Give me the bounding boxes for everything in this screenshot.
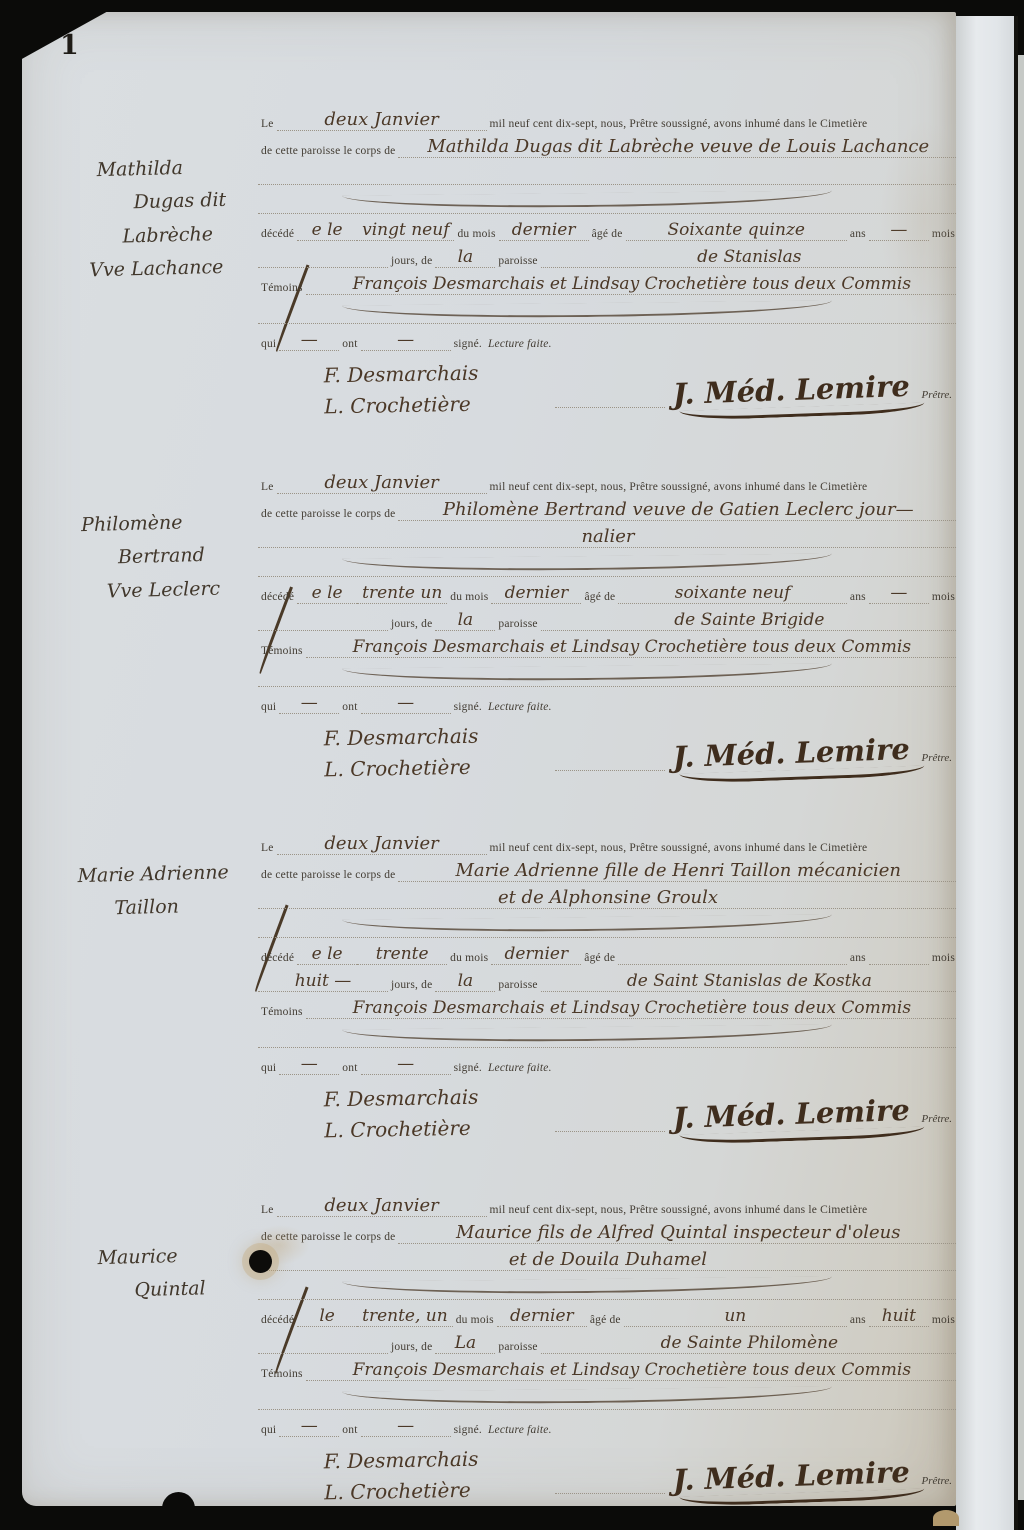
printed-paroisse: paroisse: [495, 618, 540, 631]
pen-dash: —: [361, 1418, 451, 1437]
signature-formula-line: qui — ont — signé. Lecture faite.: [258, 1048, 958, 1075]
date-line: Le deux Janvier mil neuf cent dix-sept, …: [258, 104, 958, 131]
pen-dash: —: [279, 1056, 339, 1075]
death-date-age-line: décédé e le trente du mois dernier âgé d…: [258, 938, 958, 965]
handwritten-witnesses: François Desmarchais et Lindsay Crocheti…: [306, 1362, 958, 1381]
printed-formula: mil neuf cent dix-sept, nous, Prêtre sou…: [487, 118, 871, 131]
death-date-age-line: décédé le trente, un du mois dernier âgé…: [258, 1300, 958, 1327]
page-edge-sliver: [1018, 55, 1024, 1500]
handwritten-witnesses: François Desmarchais et Lindsay Crocheti…: [306, 1000, 958, 1019]
handwritten-death-month: dernier: [497, 1308, 587, 1327]
pen-strike: [342, 663, 832, 682]
printed-paroisse: paroisse: [495, 979, 540, 992]
handwritten-age-days: [258, 630, 388, 631]
blank-ruled-line: [258, 909, 958, 938]
printed-age-de: âgé de: [587, 1314, 624, 1327]
margin-name-line: Vve Leclerc: [72, 571, 258, 609]
paper-speck: [933, 1510, 959, 1526]
margin-name-line: Mathilda: [86, 150, 272, 188]
printed-le: Le: [258, 481, 277, 494]
handwritten-burial-date: deux Janvier: [277, 1197, 487, 1217]
record-body: Le deux Janvier mil neuf cent dix-sept, …: [258, 1190, 958, 1529]
parish-line: jours, de La paroisse de Sainte Philomèn…: [258, 1327, 958, 1354]
paper-sheet: 1 Mathilda Dugas dit Labrèche Vve Lachan…: [22, 12, 956, 1506]
blank-ruled-line: [258, 548, 958, 577]
signature-formula-line: qui — ont — signé. Lecture faite.: [258, 687, 958, 714]
printed-mois: mois: [929, 591, 958, 604]
printed-qui: qui: [258, 1424, 279, 1437]
dotted-leader: [555, 1107, 665, 1132]
witnesses-line: Témoins François Desmarchais et Lindsay …: [258, 992, 958, 1019]
handwritten-parish-name: de Stanislas: [541, 249, 958, 268]
printed-formula: mil neuf cent dix-sept, nous, Prêtre sou…: [487, 842, 871, 855]
margin-name-line: Labrèche: [88, 216, 274, 254]
printed-age-de: âgé de: [581, 591, 618, 604]
blank-ruled-line: [258, 295, 958, 324]
handwritten-age-months: huit: [869, 1308, 929, 1327]
record-body: Le deux Janvier mil neuf cent dix-sept, …: [258, 828, 958, 1167]
pen-dash: —: [361, 1056, 451, 1075]
pen-strike: [342, 553, 832, 572]
handwritten-death-day: trente, un: [357, 1308, 453, 1327]
margin-name-line: Quintal: [88, 1271, 274, 1309]
pen-dash: —: [279, 695, 339, 714]
printed-lecture-faite: Lecture faite.: [485, 1062, 555, 1075]
handwritten-witnesses: François Desmarchais et Lindsay Crocheti…: [306, 276, 958, 295]
witnesses-line: Témoins François Desmarchais et Lindsay …: [258, 1354, 958, 1381]
pen-strike: [342, 914, 832, 933]
name-continuation-line: nalier: [258, 521, 958, 548]
printed-du-mois: du mois: [454, 228, 498, 241]
handwritten-age-days: [258, 1353, 388, 1354]
printed-age-de: âgé de: [581, 952, 618, 965]
witness-signatures: F. Desmarchais L. Crochetière: [323, 358, 479, 423]
blank-ruled-line: [258, 185, 958, 214]
blank-ruled-line: [258, 658, 958, 687]
handwritten-deceased-name: Maurice fils de Alfred Quintal inspecteu…: [398, 1224, 958, 1244]
printed-ont: ont: [339, 338, 360, 351]
printed-qui: qui: [258, 338, 279, 351]
handwritten-age-months: —: [869, 222, 929, 241]
printed-temoins: Témoins: [258, 282, 306, 295]
printed-mois: mois: [929, 1314, 958, 1327]
handwritten-age-years: [618, 964, 847, 965]
witness-signatures: F. Desmarchais L. Crochetière: [323, 1082, 479, 1147]
signatures-row: F. Desmarchais L. Crochetière J. Méd. Le…: [258, 722, 958, 806]
witness-signature: L. Crochetière: [324, 1113, 479, 1147]
dotted-leader: [555, 746, 665, 771]
printed-ont: ont: [339, 1424, 360, 1437]
margin-name-line: Marie Adrienne: [67, 856, 253, 894]
printed-ans: ans: [847, 591, 869, 604]
handwritten-parish-article: la: [435, 973, 495, 992]
pen-strike: [342, 190, 832, 209]
pen-strike: [342, 1276, 832, 1295]
handwritten-burial-date: deux Janvier: [277, 835, 487, 855]
margin-name-note: Marie Adrienne Taillon: [67, 856, 254, 927]
handwritten-death-month: dernier: [499, 222, 589, 241]
margin-name-line: Maurice: [87, 1238, 273, 1276]
printed-ans: ans: [847, 952, 869, 965]
handwritten-burial-date: deux Janvier: [277, 474, 487, 494]
name-line: de cette paroisse le corps de Maurice fi…: [258, 1217, 958, 1244]
margin-name-line: Philomène: [71, 505, 257, 543]
printed-pretre: Prêtre.: [918, 389, 952, 401]
handwritten-name-continuation: nalier: [258, 528, 958, 548]
margin-name-line: Bertrand: [72, 538, 258, 576]
dotted-leader: [555, 383, 665, 408]
witness-signature: F. Desmarchais: [323, 1082, 478, 1116]
printed-corps-de: de cette paroisse le corps de: [258, 508, 398, 521]
name-line: de cette paroisse le corps de Mathilda D…: [258, 131, 958, 158]
handwritten-name-continuation: et de Douila Duhamel: [258, 1251, 958, 1271]
printed-signe: signé.: [451, 701, 485, 714]
printed-pretre: Prêtre.: [918, 1475, 952, 1487]
witness-signature: L. Crochetière: [324, 752, 479, 786]
printed-jours-de: jours, de: [388, 1341, 435, 1354]
signature-formula-line: qui — ont — signé. Lecture faite.: [258, 324, 958, 351]
printed-le: Le: [258, 118, 277, 131]
printed-ont: ont: [339, 701, 360, 714]
handwritten-deceased-name: Philomène Bertrand veuve de Gatien Lecle…: [398, 501, 958, 521]
printed-corps-de: de cette paroisse le corps de: [258, 869, 398, 882]
handwritten-deceased-name: Mathilda Dugas dit Labrèche veuve de Lou…: [398, 138, 958, 158]
printed-decede: décédé: [258, 952, 297, 965]
witness-signature: F. Desmarchais: [323, 721, 478, 755]
printed-qui: qui: [258, 701, 279, 714]
printed-ont: ont: [339, 1062, 360, 1075]
printed-temoins: Témoins: [258, 1368, 306, 1381]
witness-signature: L. Crochetière: [324, 389, 479, 423]
priest-signature-block: J. Méd. Lemire Prêtre.: [555, 373, 952, 417]
pen-strike: [342, 300, 832, 319]
handwritten-death-day: trente: [357, 946, 447, 965]
printed-ans: ans: [847, 1314, 869, 1327]
printed-decede: décédé: [258, 1314, 297, 1327]
death-date-age-line: décédé e le trente un du mois dernier âg…: [258, 577, 958, 604]
date-line: Le deux Janvier mil neuf cent dix-sept, …: [258, 467, 958, 494]
blank-ruled-line: [258, 1271, 958, 1300]
printed-temoins: Témoins: [258, 1006, 306, 1019]
handwritten-age-months: —: [869, 585, 929, 604]
printed-decede: décédé: [258, 228, 297, 241]
printed-lecture-faite: Lecture faite.: [485, 701, 555, 714]
margin-name-line: Vve Lachance: [89, 249, 275, 287]
signature-formula-line: qui — ont — signé. Lecture faite.: [258, 1410, 958, 1437]
margin-name-note: Philomène Bertrand Vve Leclerc: [71, 505, 259, 610]
printed-paroisse: paroisse: [495, 1341, 540, 1354]
printed-le: Le: [258, 1204, 277, 1217]
blank-ruled-line: [258, 1019, 958, 1048]
handwritten-parish-article: la: [435, 612, 495, 631]
handwritten-age-years: un: [624, 1308, 847, 1327]
priest-signature: J. Méd. Lemire: [664, 369, 918, 422]
handwritten-age-days: huit —: [258, 973, 388, 992]
handwritten-decede-suffix: e le: [297, 222, 357, 241]
dotted-leader: [555, 1469, 665, 1494]
blank-ruled-line: [258, 1381, 958, 1410]
printed-temoins: Témoins: [258, 645, 306, 658]
pen-dash: —: [361, 332, 451, 351]
printed-le: Le: [258, 842, 277, 855]
printed-pretre: Prêtre.: [918, 1113, 952, 1125]
handwritten-deceased-name: Marie Adrienne fille de Henri Taillon mé…: [398, 862, 958, 882]
name-continuation-line: et de Alphonsine Groulx: [258, 882, 958, 909]
death-date-age-line: décédé e le vingt neuf du mois dernier â…: [258, 214, 958, 241]
witness-signature: F. Desmarchais: [323, 1444, 478, 1478]
handwritten-death-day: trente un: [357, 585, 447, 604]
handwritten-decede-suffix: le: [297, 1308, 357, 1327]
witness-signatures: F. Desmarchais L. Crochetière: [323, 1444, 479, 1509]
printed-signe: signé.: [451, 1062, 485, 1075]
handwritten-age-years: soixante neuf: [618, 585, 847, 604]
next-page-edge: [956, 16, 1018, 1530]
printed-corps-de: de cette paroisse le corps de: [258, 145, 398, 158]
name-line: de cette paroisse le corps de Marie Adri…: [258, 855, 958, 882]
signatures-row: F. Desmarchais L. Crochetière J. Méd. Le…: [258, 1445, 958, 1529]
witness-signatures: F. Desmarchais L. Crochetière: [323, 721, 479, 786]
handwritten-decede-suffix: e le: [297, 946, 357, 965]
printed-ans: ans: [847, 228, 869, 241]
printed-paroisse: paroisse: [495, 255, 540, 268]
margin-name-note: Mathilda Dugas dit Labrèche Vve Lachance: [86, 150, 274, 288]
signatures-row: F. Desmarchais L. Crochetière J. Méd. Le…: [258, 359, 958, 443]
handwritten-parish-name: de Sainte Brigide: [541, 612, 958, 631]
handwritten-parish-article: la: [435, 249, 495, 268]
date-line: Le deux Janvier mil neuf cent dix-sept, …: [258, 1190, 958, 1217]
printed-lecture-faite: Lecture faite.: [485, 338, 555, 351]
date-line: Le deux Janvier mil neuf cent dix-sept, …: [258, 828, 958, 855]
handwritten-death-month: dernier: [491, 946, 581, 965]
handwritten-parish-name: de Saint Stanislas de Kostka: [541, 973, 958, 992]
handwritten-age-days: [258, 267, 388, 268]
handwritten-burial-date: deux Janvier: [277, 111, 487, 131]
printed-lecture-faite: Lecture faite.: [485, 1424, 555, 1437]
parish-line: huit — jours, de la paroisse de Saint St…: [258, 965, 958, 992]
handwritten-decede-suffix: e le: [297, 585, 357, 604]
printed-signe: signé.: [451, 338, 485, 351]
pen-strike: [342, 1024, 832, 1043]
printed-du-mois: du mois: [447, 591, 491, 604]
witness-signature: F. Desmarchais: [323, 358, 478, 392]
printed-mois: mois: [929, 952, 958, 965]
pen-dash: —: [361, 695, 451, 714]
hole-punch: [249, 1250, 272, 1273]
signatures-row: F. Desmarchais L. Crochetière J. Méd. Le…: [258, 1083, 958, 1167]
handwritten-death-day: vingt neuf: [357, 222, 454, 241]
priest-signature: J. Méd. Lemire: [664, 1093, 918, 1146]
handwritten-witnesses: François Desmarchais et Lindsay Crocheti…: [306, 639, 958, 658]
pen-strike: [342, 1386, 832, 1405]
printed-formula: mil neuf cent dix-sept, nous, Prêtre sou…: [487, 481, 871, 494]
pen-dash: —: [279, 332, 339, 351]
priest-signature-block: J. Méd. Lemire Prêtre.: [555, 1459, 952, 1503]
witness-signature: L. Crochetière: [324, 1475, 479, 1509]
printed-du-mois: du mois: [453, 1314, 497, 1327]
handwritten-parish-name: de Sainte Philomène: [541, 1335, 958, 1354]
priest-signature: J. Méd. Lemire: [664, 732, 918, 785]
printed-jours-de: jours, de: [388, 618, 435, 631]
priest-signature: J. Méd. Lemire: [664, 1455, 918, 1508]
handwritten-age-years: Soixante quinze: [626, 222, 847, 241]
printed-formula: mil neuf cent dix-sept, nous, Prêtre sou…: [487, 1204, 871, 1217]
record-body: Le deux Janvier mil neuf cent dix-sept, …: [258, 104, 958, 443]
printed-signe: signé.: [451, 1424, 485, 1437]
witnesses-line: Témoins François Desmarchais et Lindsay …: [258, 631, 958, 658]
printed-corps-de: de cette paroisse le corps de: [258, 1231, 398, 1244]
printed-jours-de: jours, de: [388, 979, 435, 992]
handwritten-parish-article: La: [435, 1335, 495, 1354]
printed-age-de: âgé de: [589, 228, 626, 241]
priest-signature-block: J. Méd. Lemire Prêtre.: [555, 1097, 952, 1141]
handwritten-name-continuation: et de Alphonsine Groulx: [258, 889, 958, 909]
record-body: Le deux Janvier mil neuf cent dix-sept, …: [258, 467, 958, 806]
margin-name-line: Taillon: [68, 889, 254, 927]
printed-pretre: Prêtre.: [918, 752, 952, 764]
handwritten-death-month: dernier: [491, 585, 581, 604]
scanned-register-page: 1 Mathilda Dugas dit Labrèche Vve Lachan…: [0, 0, 1024, 1530]
pen-dash: —: [279, 1418, 339, 1437]
handwritten-age-months: [869, 964, 929, 965]
name-continuation-line: [258, 158, 958, 185]
printed-du-mois: du mois: [447, 952, 491, 965]
priest-signature-block: J. Méd. Lemire Prêtre.: [555, 736, 952, 780]
name-continuation-line: et de Douila Duhamel: [258, 1244, 958, 1271]
witnesses-line: Témoins François Desmarchais et Lindsay …: [258, 268, 958, 295]
printed-jours-de: jours, de: [388, 255, 435, 268]
parish-line: jours, de la paroisse de Stanislas: [258, 241, 958, 268]
name-line: de cette paroisse le corps de Philomène …: [258, 494, 958, 521]
printed-mois: mois: [929, 228, 958, 241]
margin-name-line: Dugas dit: [87, 183, 273, 221]
printed-decede: décédé: [258, 591, 297, 604]
printed-qui: qui: [258, 1062, 279, 1075]
margin-name-note: Maurice Quintal: [87, 1238, 274, 1309]
parish-line: jours, de la paroisse de Sainte Brigide: [258, 604, 958, 631]
